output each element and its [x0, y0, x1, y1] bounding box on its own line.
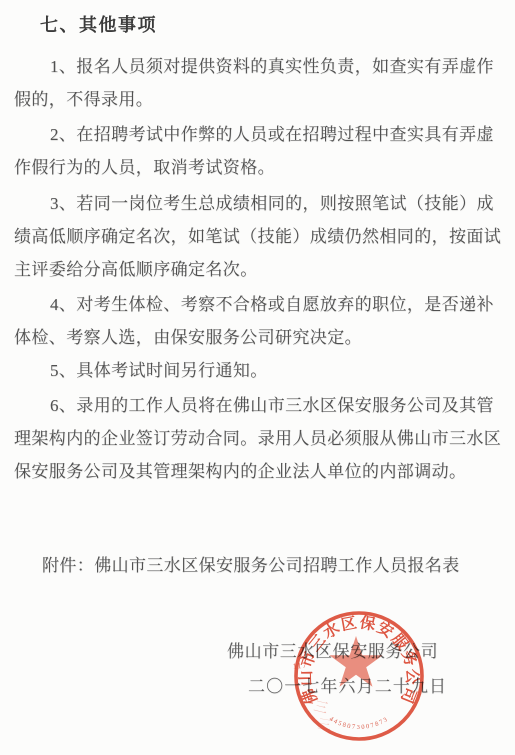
seal-serial-number: 4458073007873 — [328, 716, 390, 731]
document-page: 七、其他事项 1、报名人员须对提供资料的真实性负责，如查实有弄虚作 假的，不得录… — [0, 0, 515, 755]
paragraph-6: 6、录用的工作人员将在佛山市三水区保安服务公司及其管 理架构内的企业签订劳动合同… — [14, 389, 505, 488]
text-line: 保安服务公司及其管理架构内的企业法人单位的内部调动。 — [14, 455, 505, 488]
text-line: 主评委给分高低顺序确定名次。 — [14, 253, 505, 286]
paragraph-3: 3、若同一岗位考生总成绩相同的，则按照笔试（技能）成 绩高低顺序确定名次，如笔试… — [14, 187, 505, 286]
text-line: 体检、考察人选，由保安服务公司研究决定。 — [14, 321, 505, 354]
signature-company: 佛山市三水区保安服务公司 — [227, 641, 438, 663]
text-line: 6、录用的工作人员将在佛山市三水区保安服务公司及其管 — [14, 389, 505, 422]
signature-date: 二〇一七年六月二十九日 — [248, 676, 447, 698]
text-line: 作假行为的人员，取消考试资格。 — [14, 151, 505, 184]
attachment-line: 附件：佛山市三水区保安服务公司招聘工作人员报名表 — [42, 553, 460, 579]
text-line: 理架构内的企业签订劳动合同。录用人员必须服从佛山市三水区 — [14, 422, 505, 455]
paragraph-2: 2、在招聘考试中作弊的人员或在招聘过程中查实具有弄虚 作假行为的人员，取消考试资… — [14, 118, 505, 184]
text-line: 1、报名人员须对提供资料的真实性负责，如查实有弄虚作 — [14, 50, 505, 83]
seal-ghost-mark: 三 — [312, 698, 329, 717]
text-line: 5、具体考试时间另行通知。 — [14, 354, 505, 387]
paragraph-1: 1、报名人员须对提供资料的真实性负责，如查实有弄虚作 假的，不得录用。 — [14, 50, 505, 116]
text-line: 绩高低顺序确定名次，如笔试（技能）成绩仍然相同的，按面试 — [14, 220, 505, 253]
text-line: 4、对考生体检、考察不合格或自愿放弃的职位，是否递补 — [14, 288, 505, 321]
seal-ghost-mark: 三 — [316, 716, 333, 734]
text-line: 2、在招聘考试中作弊的人员或在招聘过程中查实具有弄虚 — [14, 118, 505, 151]
paragraph-5: 5、具体考试时间另行通知。 — [14, 354, 505, 387]
text-line: 3、若同一岗位考生总成绩相同的，则按照笔试（技能）成 — [14, 187, 505, 220]
section-heading: 七、其他事项 — [40, 11, 157, 37]
paragraph-4: 4、对考生体检、考察不合格或自愿放弃的职位，是否递补 体检、考察人选，由保安服务… — [14, 288, 505, 354]
text-line: 假的，不得录用。 — [14, 83, 505, 116]
